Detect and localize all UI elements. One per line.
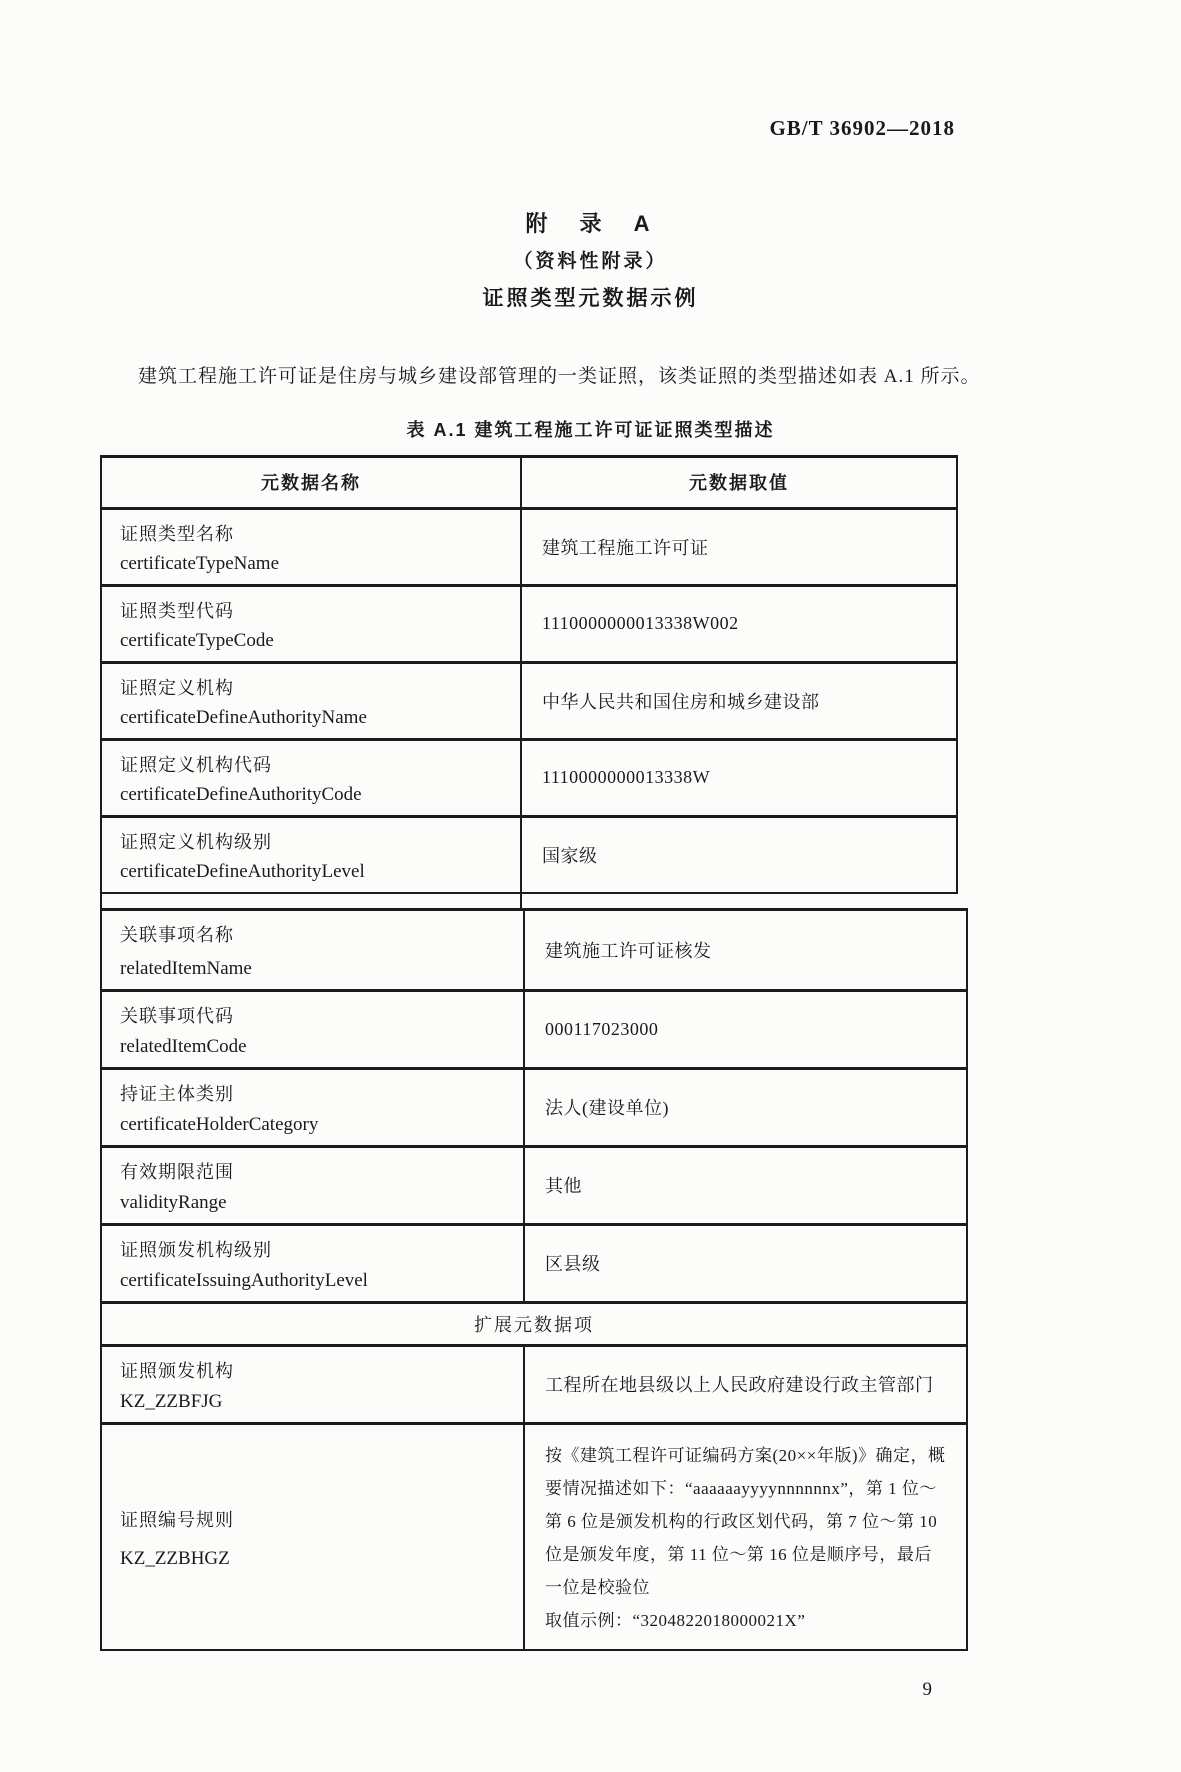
table-row: 证照颁发机构 KZ_ZZBFJG 工程所在地县级以上人民政府建设行政主管部门 [102, 1344, 966, 1422]
cell-metadata-name: 证照颁发机构 KZ_ZZBFJG [102, 1347, 525, 1422]
metadata-table-segment-2: 关联事项名称 relatedItemName 建筑施工许可证核发 关联事项代码 … [100, 908, 968, 1652]
metadata-name-en: relatedItemCode [120, 1036, 505, 1058]
cell-metadata-value: 按《建筑工程许可证编码方案(20××年版)》确定，概要情况描述如下：“aaaaa… [525, 1425, 966, 1650]
metadata-name-en: certificateDefineAuthorityName [120, 707, 502, 729]
cell-metadata-value: 区县级 [525, 1226, 966, 1301]
metadata-name-en: validityRange [120, 1192, 505, 1214]
cell-metadata-name: 证照类型名称 certificateTypeName [102, 510, 522, 584]
metadata-table-segment-1: 元数据名称 元数据取值 证照类型名称 certificateTypeName 建… [100, 455, 958, 894]
table-row: 关联事项代码 relatedItemCode 000117023000 [102, 989, 966, 1067]
metadata-name-en: KZ_ZZBFJG [120, 1391, 505, 1413]
table-row: 证照定义机构代码 certificateDefineAuthorityCode … [102, 738, 956, 815]
metadata-name-cn: 证照定义机构 [120, 674, 502, 700]
appendix-title: 附 录 A [0, 207, 1181, 238]
metadata-name-en: certificateTypeName [120, 553, 502, 575]
cell-metadata-value: 000117023000 [525, 992, 966, 1067]
metadata-name-cn: 证照类型名称 [120, 520, 502, 546]
table-row: 证照颁发机构级别 certificateIssuingAuthorityLeve… [102, 1223, 966, 1301]
cell-metadata-name: 证照定义机构代码 certificateDefineAuthorityCode [102, 741, 522, 815]
metadata-name-cn: 证照定义机构代码 [120, 751, 502, 777]
table-border-fragment [520, 894, 522, 908]
cell-metadata-value: 国家级 [522, 818, 956, 892]
metadata-name-cn: 证照类型代码 [120, 597, 502, 623]
cell-metadata-value: 建筑工程施工许可证 [522, 510, 956, 584]
document-page: GB/T 36902—2018 附 录 A （资料性附录） 证照类型元数据示例 … [0, 0, 1181, 1772]
cell-metadata-name: 证照编号规则 KZ_ZZBHGZ [102, 1425, 525, 1650]
table-row: 证照类型代码 certificateTypeCode 1110000000013… [102, 584, 956, 661]
extension-section-header: 扩展元数据项 [102, 1301, 966, 1344]
encoding-rule-text: 按《建筑工程许可证编码方案(20××年版)》确定，概要情况描述如下：“aaaaa… [545, 1439, 948, 1605]
standard-number: GB/T 36902—2018 [0, 0, 1181, 141]
table-row: 证照定义机构 certificateDefineAuthorityName 中华… [102, 661, 956, 738]
table-row: 关联事项名称 relatedItemName 建筑施工许可证核发 [102, 911, 966, 989]
metadata-name-en: KZ_ZZBHGZ [120, 1548, 505, 1570]
page-number: 9 [0, 1679, 1181, 1701]
table-row: 有效期限范围 validityRange 其他 [102, 1145, 966, 1223]
metadata-name-en: certificateTypeCode [120, 630, 502, 652]
intro-paragraph: 建筑工程施工许可证是住房与城乡建设部管理的一类证照，该类证照的类型描述如表 A.… [100, 364, 1041, 390]
table-segment-break [100, 894, 958, 908]
cell-metadata-name: 证照类型代码 certificateTypeCode [102, 587, 522, 661]
metadata-name-cn: 关联事项代码 [120, 1002, 505, 1028]
cell-metadata-value: 其他 [525, 1148, 966, 1223]
metadata-name-cn: 关联事项名称 [120, 921, 505, 947]
column-header-value: 元数据取值 [522, 458, 956, 507]
metadata-name-cn: 证照颁发机构级别 [120, 1236, 505, 1262]
metadata-name-cn: 证照编号规则 [120, 1506, 505, 1532]
cell-metadata-value: 中华人民共和国住房和城乡建设部 [522, 664, 956, 738]
cell-metadata-value: 法人(建设单位) [525, 1070, 966, 1145]
table-row: 持证主体类别 certificateHolderCategory 法人(建设单位… [102, 1067, 966, 1145]
metadata-name-en: relatedItemName [120, 958, 505, 980]
metadata-name-cn: 证照定义机构级别 [120, 828, 502, 854]
cell-metadata-value: 建筑施工许可证核发 [525, 911, 966, 989]
column-header-name: 元数据名称 [102, 458, 522, 507]
table-header-row: 元数据名称 元数据取值 [102, 458, 956, 507]
cell-metadata-name: 关联事项代码 relatedItemCode [102, 992, 525, 1067]
cell-metadata-name: 证照定义机构级别 certificateDefineAuthorityLevel [102, 818, 522, 892]
metadata-name-en: certificateIssuingAuthorityLevel [120, 1270, 505, 1292]
appendix-heading: 证照类型元数据示例 [0, 282, 1181, 312]
cell-metadata-value: 1110000000013338W002 [522, 587, 956, 661]
cell-metadata-name: 证照定义机构 certificateDefineAuthorityName [102, 664, 522, 738]
table-row: 证照类型名称 certificateTypeName 建筑工程施工许可证 [102, 507, 956, 584]
appendix-subtitle: （资料性附录） [0, 246, 1181, 273]
cell-metadata-value: 1110000000013338W [522, 741, 956, 815]
cell-metadata-name: 持证主体类别 certificateHolderCategory [102, 1070, 525, 1145]
metadata-name-cn: 持证主体类别 [120, 1080, 505, 1106]
table-border-fragment [100, 894, 102, 908]
metadata-name-en: certificateDefineAuthorityCode [120, 784, 502, 806]
table-row: 证照编号规则 KZ_ZZBHGZ 按《建筑工程许可证编码方案(20××年版)》确… [102, 1422, 966, 1650]
encoding-rule-example: 取值示例：“3204822018000021X” [545, 1604, 948, 1637]
cell-metadata-name: 关联事项名称 relatedItemName [102, 911, 525, 989]
table-row: 证照定义机构级别 certificateDefineAuthorityLevel… [102, 815, 956, 892]
cell-metadata-value: 工程所在地县级以上人民政府建设行政主管部门 [525, 1347, 966, 1422]
table-caption: 表 A.1 建筑工程施工许可证证照类型描述 [0, 416, 1181, 442]
metadata-name-en: certificateDefineAuthorityLevel [120, 861, 502, 883]
metadata-name-cn: 证照颁发机构 [120, 1357, 505, 1383]
metadata-name-en: certificateHolderCategory [120, 1114, 505, 1136]
cell-metadata-name: 证照颁发机构级别 certificateIssuingAuthorityLeve… [102, 1226, 525, 1301]
metadata-name-cn: 有效期限范围 [120, 1158, 505, 1184]
cell-metadata-name: 有效期限范围 validityRange [102, 1148, 525, 1223]
